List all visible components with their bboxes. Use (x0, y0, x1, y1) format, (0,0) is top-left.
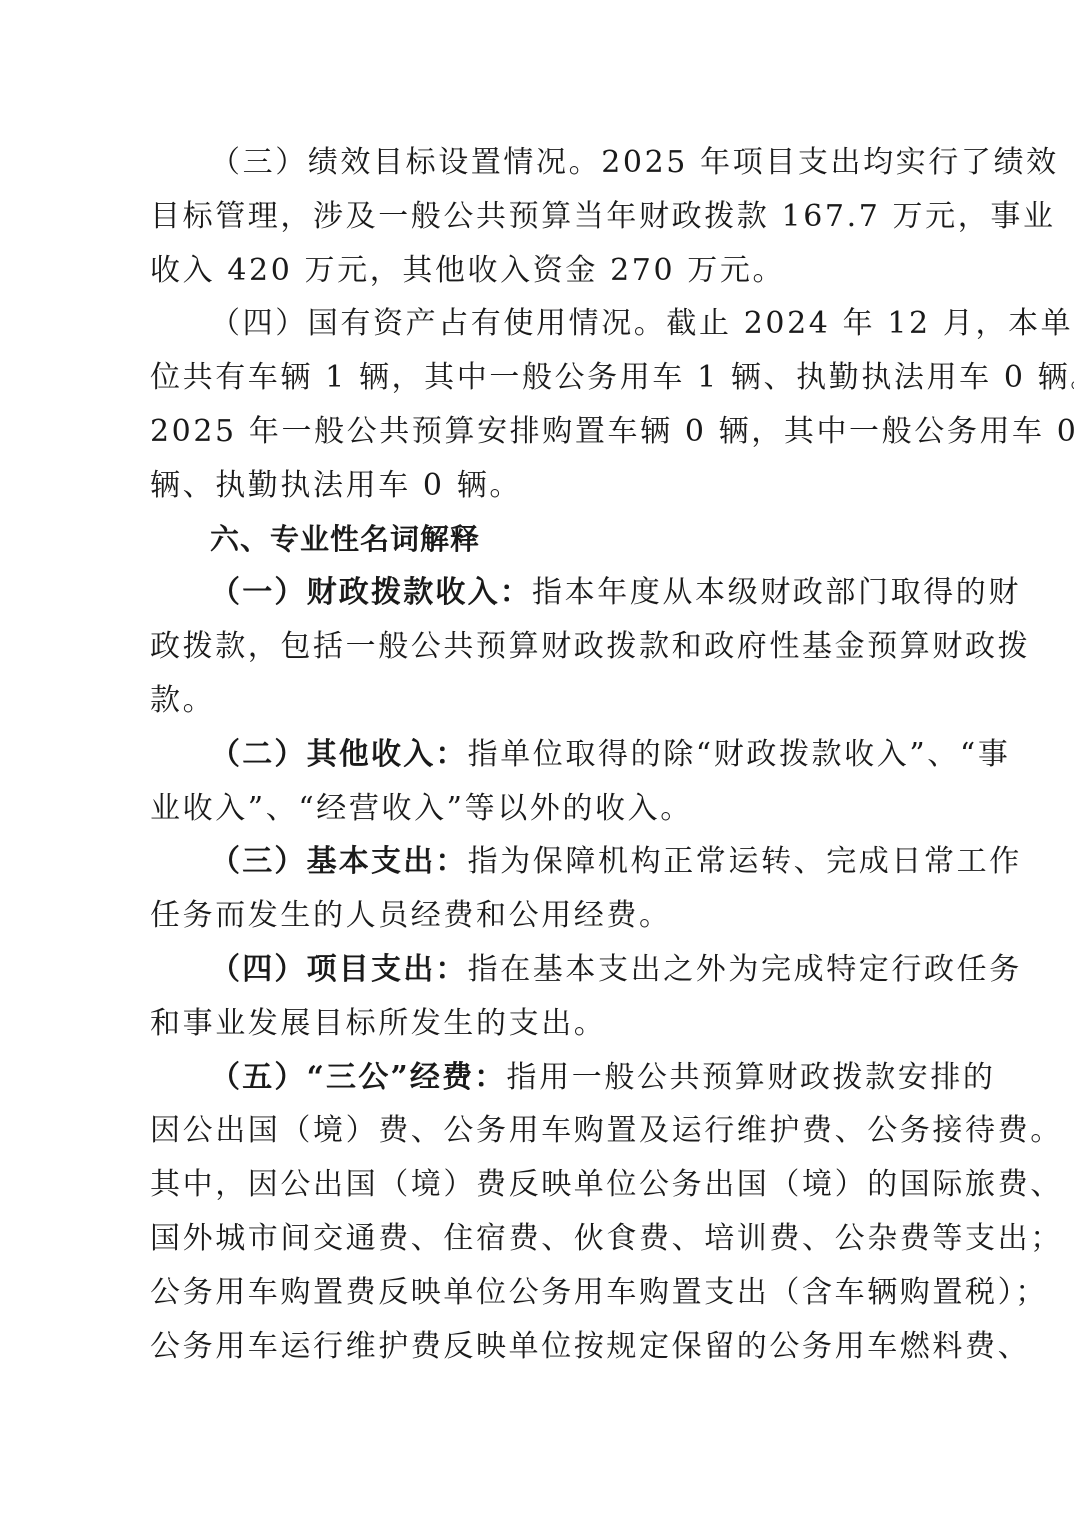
definition-line: 国外城市间交通费、住宿费、伙食费、培训费、公杂费等支出； (150, 1212, 926, 1266)
paragraph-performance-goals: （三）绩效目标设置情况。2025 年项目支出均实行了绩效 目标管理，涉及一般公共… (150, 136, 926, 297)
paragraph-text: 截止 2024 年 12 月，本单 (666, 306, 1073, 341)
definition-text: 指本年度从本级财政部门取得的财 (532, 575, 1021, 610)
definition-term: （二）其他收入： (210, 737, 468, 772)
definition-project-expenditure: （四）项目支出：指在基本支出之外为完成特定行政任务 和事业发展目标所发生的支出。 (150, 943, 926, 1051)
definition-line: 任务而发生的人员经费和公用经费。 (150, 889, 926, 943)
definition-line: （五）“三公”经费：指用一般公共预算财政拨款安排的 (150, 1051, 926, 1105)
definition-line: 和事业发展目标所发生的支出。 (150, 997, 926, 1051)
definition-line: 款。 (150, 674, 926, 728)
paragraph-lead: （三）绩效目标设置情况。 (210, 145, 601, 180)
definition-three-public-expenses: （五）“三公”经费：指用一般公共预算财政拨款安排的 因公出国（境）费、公务用车购… (150, 1051, 926, 1374)
paragraph-line: （四）国有资产占有使用情况。截止 2024 年 12 月，本单 (150, 297, 926, 351)
definition-text: 指单位取得的除“财政拨款收入”、“事 (468, 737, 1011, 772)
definition-fiscal-appropriation-income: （一）财政拨款收入：指本年度从本级财政部门取得的财 政拨款，包括一般公共预算财政… (150, 566, 926, 727)
definition-line: 因公出国（境）费、公务用车购置及运行维护费、公务接待费。 (150, 1104, 926, 1158)
definition-text: 指为保障机构正常运转、完成日常工作 (468, 844, 1022, 879)
definition-text: 指在基本支出之外为完成特定行政任务 (468, 952, 1022, 987)
document-page: （三）绩效目标设置情况。2025 年项目支出均实行了绩效 目标管理，涉及一般公共… (150, 136, 926, 1373)
definition-line: 公务用车购置费反映单位公务用车购置支出（含车辆购置税）； (150, 1266, 926, 1320)
definition-line: 业收入”、“经营收入”等以外的收入。 (150, 782, 926, 836)
definition-term: （四）项目支出： (210, 952, 468, 987)
definition-other-income: （二）其他收入：指单位取得的除“财政拨款收入”、“事 业收入”、“经营收入”等以… (150, 728, 926, 836)
definition-term: （五）“三公”经费： (210, 1060, 507, 1095)
paragraph-line: 目标管理，涉及一般公共预算当年财政拨款 167.7 万元，事业 (150, 190, 926, 244)
definition-term: （三）基本支出： (210, 844, 468, 879)
definition-line: 政拨款，包括一般公共预算财政拨款和政府性基金预算财政拨 (150, 620, 926, 674)
section-heading: 六、专业性名词解释 (150, 513, 926, 567)
paragraph-line: 收入 420 万元，其他收入资金 270 万元。 (150, 244, 926, 298)
definition-term: （一）财政拨款收入： (210, 575, 532, 610)
paragraph-line: （三）绩效目标设置情况。2025 年项目支出均实行了绩效 (150, 136, 926, 190)
paragraph-line: 2025 年一般公共预算安排购置车辆 0 辆，其中一般公务用车 0 (150, 405, 926, 459)
definition-text: 指用一般公共预算财政拨款安排的 (507, 1060, 996, 1095)
paragraph-state-assets: （四）国有资产占有使用情况。截止 2024 年 12 月，本单 位共有车辆 1 … (150, 297, 926, 512)
paragraph-lead: （四）国有资产占有使用情况。 (210, 306, 666, 341)
definition-line: （四）项目支出：指在基本支出之外为完成特定行政任务 (150, 943, 926, 997)
definition-line: 公务用车运行维护费反映单位按规定保留的公务用车燃料费、 (150, 1320, 926, 1374)
definition-line: （二）其他收入：指单位取得的除“财政拨款收入”、“事 (150, 728, 926, 782)
definition-basic-expenditure: （三）基本支出：指为保障机构正常运转、完成日常工作 任务而发生的人员经费和公用经… (150, 835, 926, 943)
definition-line: （一）财政拨款收入：指本年度从本级财政部门取得的财 (150, 566, 926, 620)
paragraph-text: 2025 年项目支出均实行了绩效 (601, 145, 1058, 180)
paragraph-line: 位共有车辆 1 辆，其中一般公务用车 1 辆、执勤执法用车 0 辆。 (150, 351, 926, 405)
definition-line: 其中，因公出国（境）费反映单位公务出国（境）的国际旅费、 (150, 1158, 926, 1212)
definition-line: （三）基本支出：指为保障机构正常运转、完成日常工作 (150, 835, 926, 889)
paragraph-line: 辆、执勤执法用车 0 辆。 (150, 459, 926, 513)
